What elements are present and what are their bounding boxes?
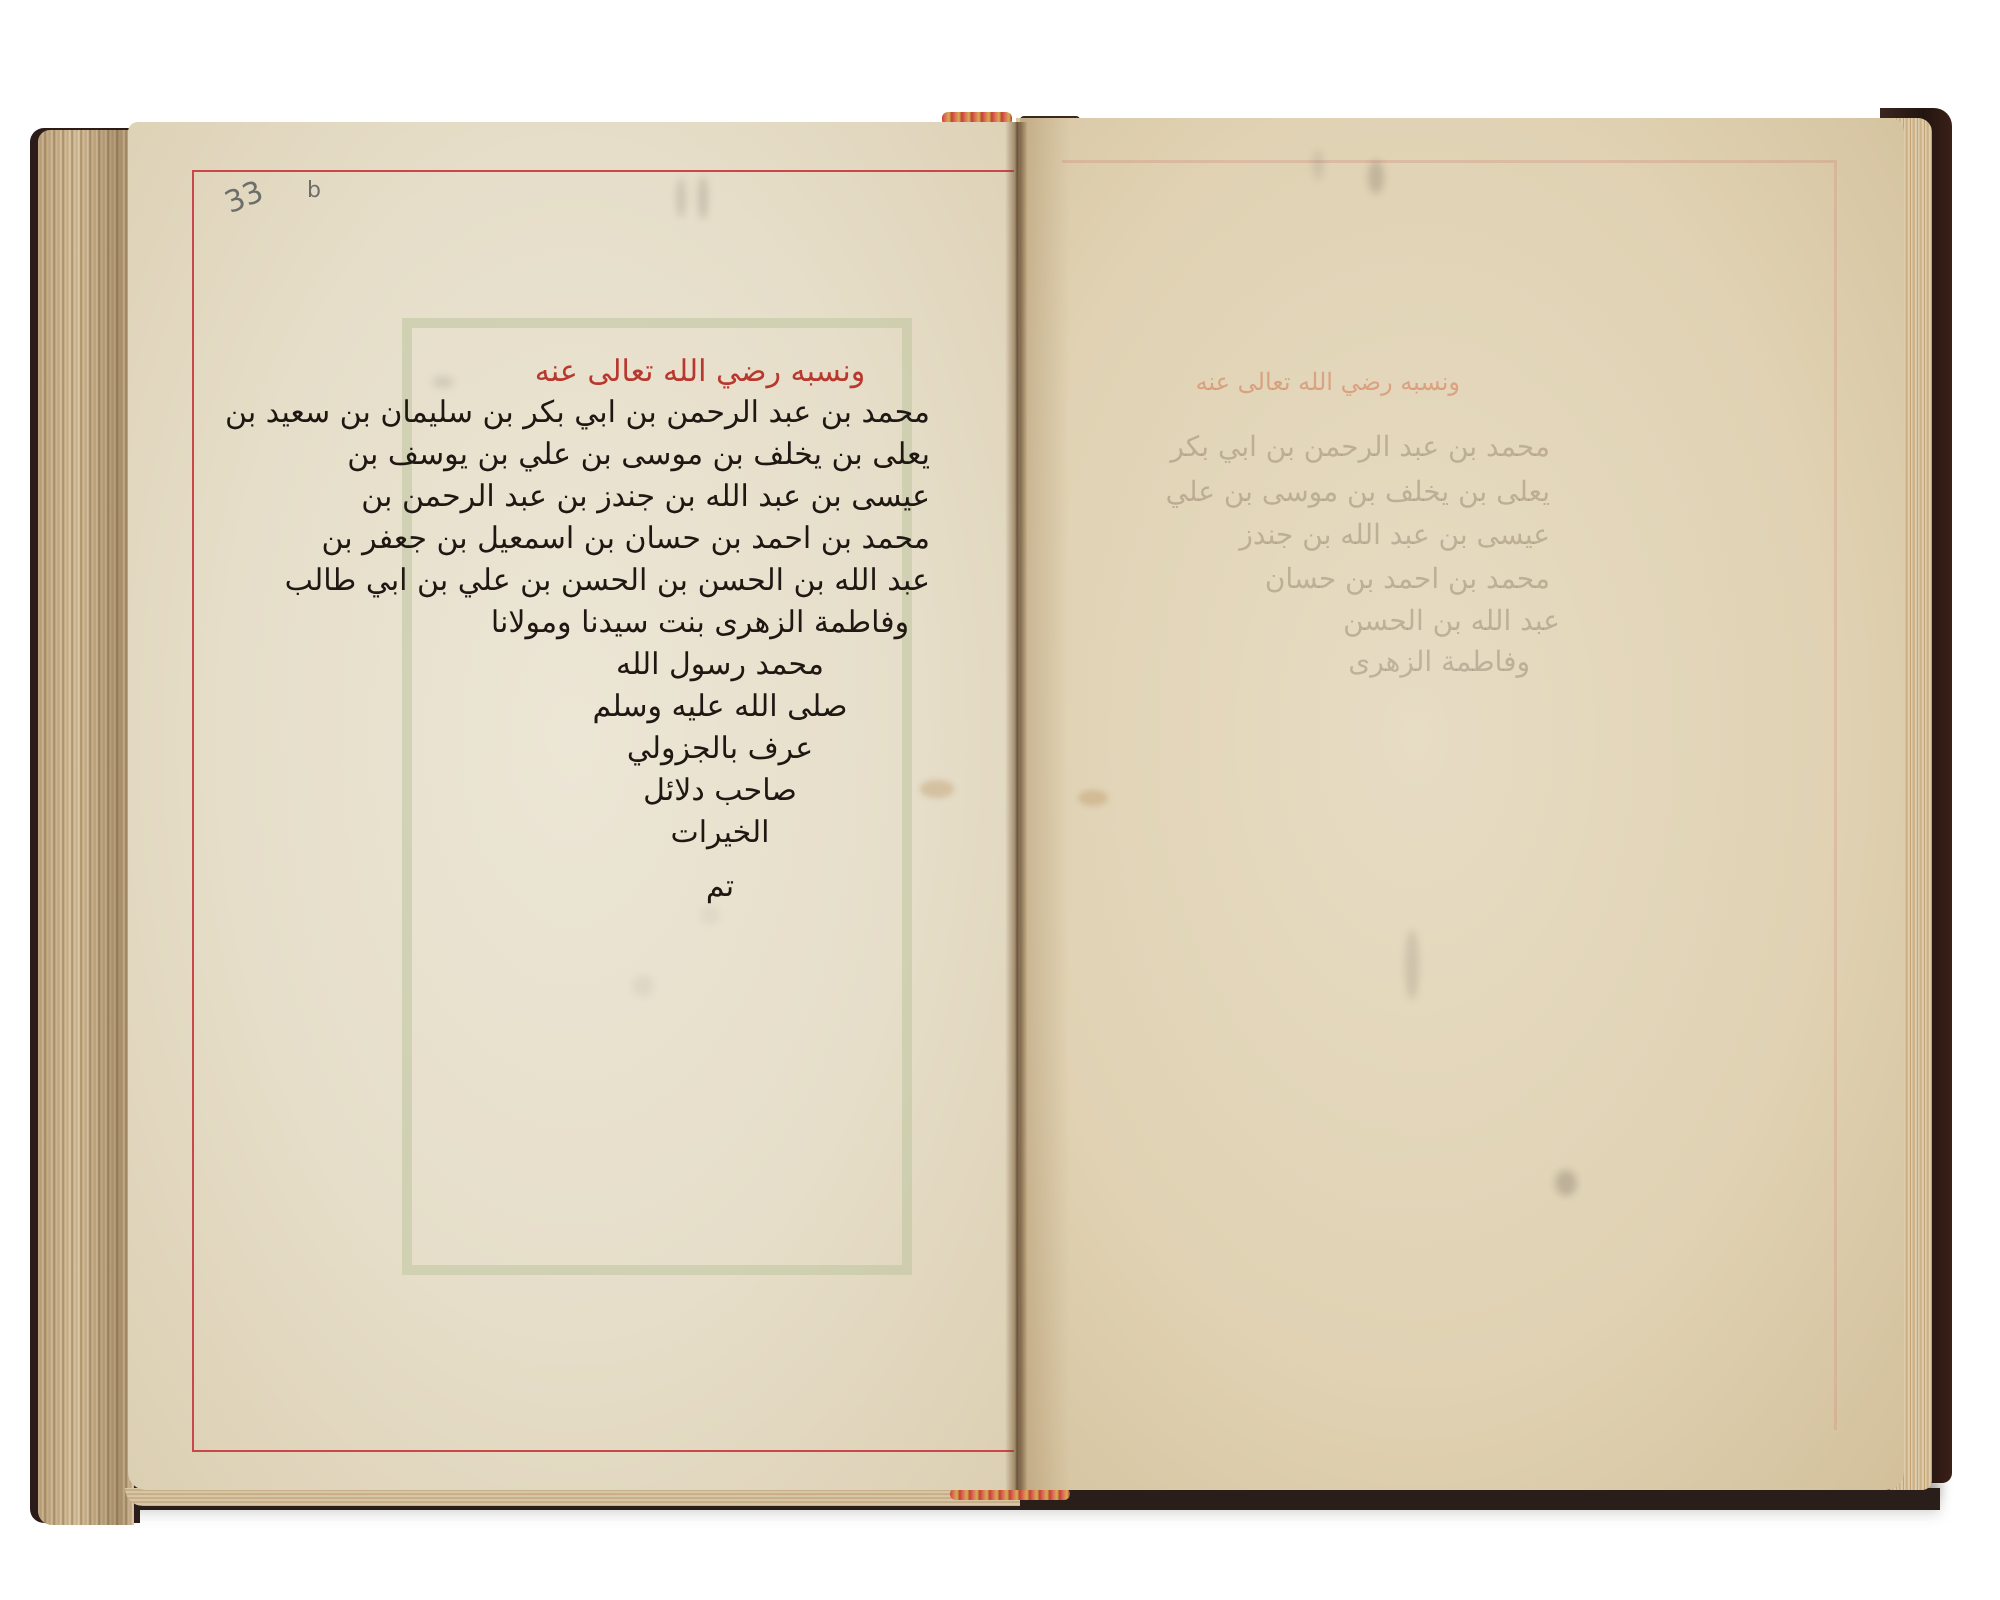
colophon-line: عرف بالجزولي [590, 728, 850, 770]
offset-text-line: وفاطمة الزهرى [1330, 645, 1530, 678]
offset-text-line: عيسى بن عبد الله بن جندز [1130, 518, 1550, 551]
red-frame-showthrough [1062, 160, 1837, 1430]
offset-text-line: عبد الله بن الحسن [1300, 604, 1560, 637]
offset-text-line: يعلى بن يخلف بن موسى بن علي [1130, 475, 1550, 508]
colophon-line: الخيرات [590, 812, 850, 854]
offset-text-line: محمد بن احمد بن حسان [1130, 562, 1550, 595]
paper-spot [700, 905, 720, 925]
dark-smudge [1555, 1170, 1577, 1196]
rubric-heading: ونسبه رضي الله تعالى عنه [470, 352, 930, 392]
fore-edge-left-shade [38, 130, 134, 1525]
ink-speck [698, 176, 708, 220]
pencil-smudge [1405, 930, 1419, 1000]
text-line: محمد بن احمد بن حسان بن اسمعيل بن جعفر ب… [470, 518, 930, 560]
offset-text-line: محمد بن عبد الرحمن بن ابي بكر [1130, 430, 1550, 463]
paper-spot [632, 975, 654, 997]
red-frame-top [192, 170, 1014, 172]
gutter [1005, 122, 1027, 1490]
text-line: محمد بن عبد الرحمن بن ابي بكر بن سليمان … [470, 392, 930, 434]
ink-speck [676, 178, 686, 218]
paper-stain [1078, 790, 1108, 806]
text-line: عيسى بن عبد الله بن جندز بن عبد الرحمن ب… [470, 476, 930, 518]
gutter-shade [1020, 118, 1070, 1490]
colophon-line: صلى الله عليه وسلم [590, 686, 850, 728]
red-frame-left [192, 170, 194, 1452]
red-frame-bottom [192, 1450, 1014, 1452]
colophon-end-mark: تم [590, 866, 850, 908]
ink-speck [1313, 150, 1323, 180]
ink-speck [432, 376, 454, 388]
manuscript-text-block: ونسبه رضي الله تعالى عنه محمد بن عبد الر… [470, 352, 930, 908]
ink-speck [1368, 160, 1384, 194]
colophon-line: صاحب دلائل [590, 770, 850, 812]
offset-rubric: ونسبه رضي الله تعالى عنه [1200, 368, 1460, 396]
text-line: وفاطمة الزهرى بنت سيدنا ومولانا [470, 602, 930, 644]
text-line: عبد الله بن الحسن بن الحسن بن علي بن ابي… [470, 560, 930, 602]
pencil-folio-mark: b [307, 178, 321, 203]
colophon-triangle: محمد رسول الله صلى الله عليه وسلم عرف با… [590, 644, 850, 908]
text-line: يعلى بن يخلف بن موسى بن علي بن يوسف بن [470, 434, 930, 476]
colophon-line: محمد رسول الله [590, 644, 850, 686]
bottom-edge-pages [125, 1488, 1020, 1506]
